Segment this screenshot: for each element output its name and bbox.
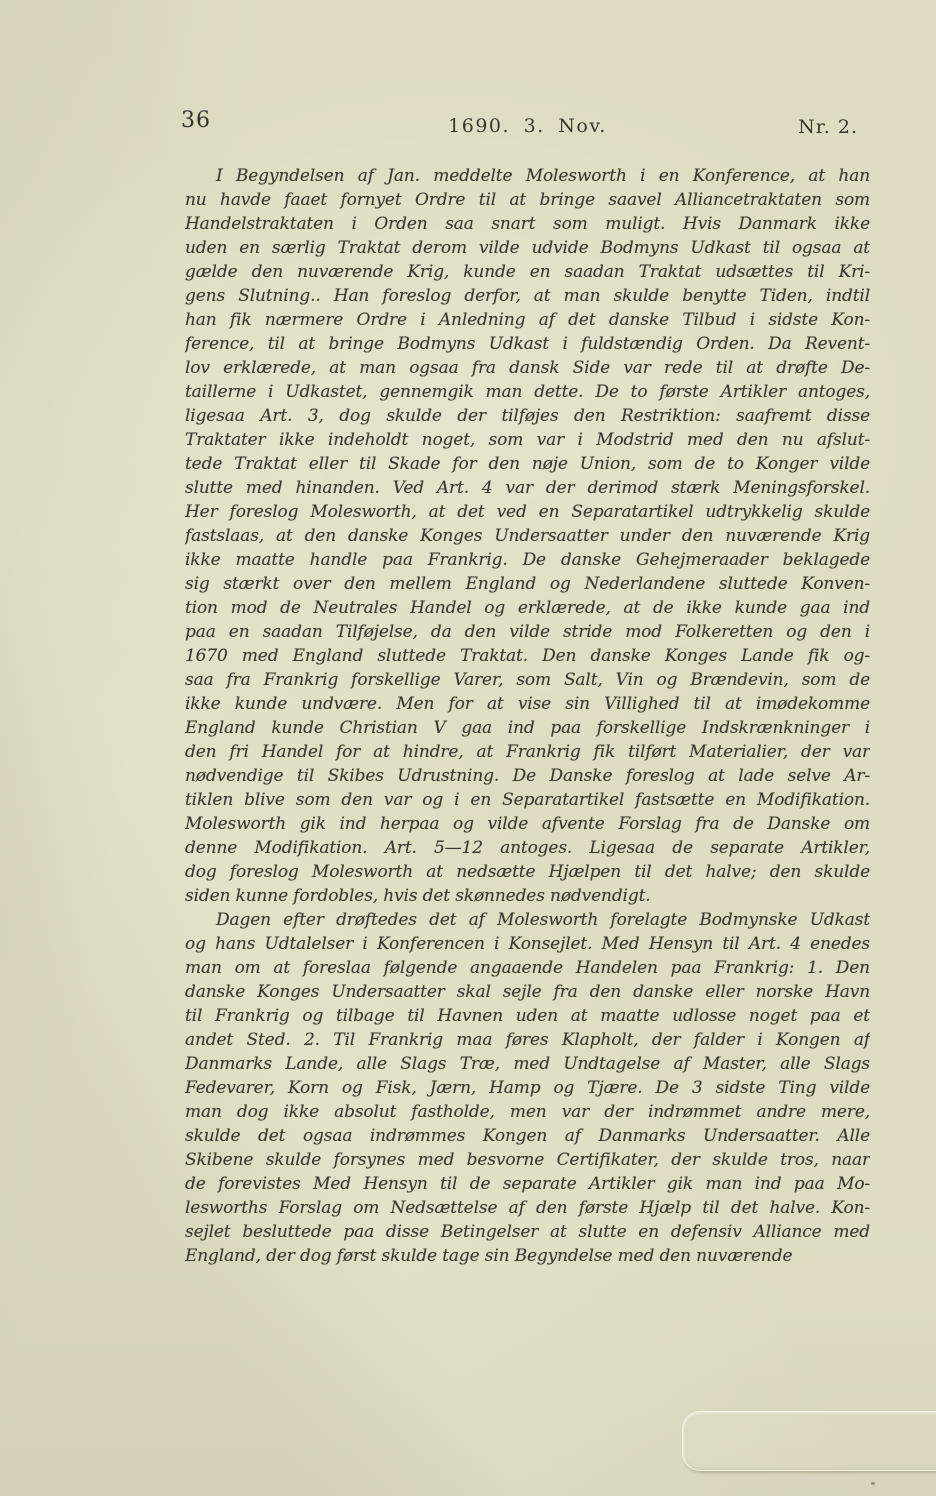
text-line: slutte med hinanden. Ved Art. 4 var der …: [185, 476, 870, 500]
text-line: sig stærkt over den mellem England og Ne…: [185, 572, 870, 596]
embossed-stamp: [682, 1411, 936, 1471]
text-line: ligesaa Art. 3, dog skulde der tilføjes …: [185, 404, 870, 428]
text-line: sejlet besluttede paa disse Betingelser …: [185, 1220, 870, 1244]
header-number: Nr. 2.: [798, 115, 858, 139]
book-page: 36 1690. 3. Nov. Nr. 2. I Begyndelsen af…: [0, 0, 936, 1496]
paragraph: Dagen efter drøftedes det af Molesworth …: [185, 908, 870, 1268]
text-line: ikke kunde undvære. Men for at vise sin …: [185, 692, 870, 716]
text-line: Dagen efter drøftedes det af Molesworth …: [185, 908, 870, 932]
text-line: gælde den nuværende Krig, kunde en saada…: [185, 260, 870, 284]
text-line: lov erklærede, at man ogsaa fra dansk Si…: [185, 356, 870, 380]
text-line: man dog ikke absolut fastholde, men var …: [185, 1100, 870, 1124]
text-line: ikke maatte handle paa Frankrig. De dans…: [185, 548, 870, 572]
text-line: Fedevarer, Korn og Fisk, Jærn, Hamp og T…: [185, 1076, 870, 1100]
paragraph: I Begyndelsen af Jan. meddelte Moleswort…: [185, 164, 870, 908]
text-line: til Frankrig og tilbage til Havnen uden …: [185, 1004, 870, 1028]
page-text: I Begyndelsen af Jan. meddelte Moleswort…: [185, 164, 870, 1268]
text-line: nødvendige til Skibes Udrustning. De Dan…: [185, 764, 870, 788]
text-line: Traktater ikke indeholdt noget, som var …: [185, 428, 870, 452]
header-date: 1690. 3. Nov.: [185, 114, 870, 138]
text-line: England, der dog først skulde tage sin B…: [185, 1244, 870, 1268]
text-line: tion mod de Neutrales Handel og erklæred…: [185, 596, 870, 620]
text-line: andet Sted. 2. Til Frankrig maa føres Kl…: [185, 1028, 870, 1052]
text-line: taillerne i Udkastet, gennemgik man dett…: [185, 380, 870, 404]
text-line: Molesworth gik ind herpaa og vilde afven…: [185, 812, 870, 836]
text-line: danske Konges Undersaatter skal sejle fr…: [185, 980, 870, 1004]
text-line: nu havde faaet fornyet Ordre til at brin…: [185, 188, 870, 212]
text-line: gens Slutning.. Han foreslog derfor, at …: [185, 284, 870, 308]
text-line: England kunde Christian V gaa ind paa fo…: [185, 716, 870, 740]
text-line: den fri Handel for at hindre, at Frankri…: [185, 740, 870, 764]
text-line: de forevistes Med Hensyn til de separate…: [185, 1172, 870, 1196]
text-line: saa fra Frankrig forskellige Varer, som …: [185, 668, 870, 692]
text-line: skulde det ogsaa indrømmes Kongen af Dan…: [185, 1124, 870, 1148]
text-line: Danmarks Lande, alle Slags Træ, med Undt…: [185, 1052, 870, 1076]
text-line: og hans Udtalelser i Konferencen i Konse…: [185, 932, 870, 956]
text-line: paa en saadan Tilføjelse, da den vilde s…: [185, 620, 870, 644]
text-line: tede Traktat eller til Skade for den nøj…: [185, 452, 870, 476]
text-line: tiklen blive som den var og i en Separat…: [185, 788, 870, 812]
text-line: Handelstraktaten i Orden saa snart som m…: [185, 212, 870, 236]
text-line: 1670 med England sluttede Traktat. Den d…: [185, 644, 870, 668]
text-line: lesworths Forslag om Nedsættelse af den …: [185, 1196, 870, 1220]
text-line: uden en særlig Traktat derom vilde udvid…: [185, 236, 870, 260]
text-line: I Begyndelsen af Jan. meddelte Moleswort…: [185, 164, 870, 188]
text-line: fastslaas, at den danske Konges Undersaa…: [185, 524, 870, 548]
text-line: ference, til at bringe Bodmyns Udkast i …: [185, 332, 870, 356]
text-line: denne Modifikation. Art. 5—12 antoges. L…: [185, 836, 870, 860]
text-line: han fik nærmere Ordre i Anledning af det…: [185, 308, 870, 332]
text-line: Her foreslog Molesworth, at det ved en S…: [185, 500, 870, 524]
paper-speck: [871, 1482, 875, 1485]
text-line: siden kunne fordobles, hvis det skønnede…: [185, 884, 870, 908]
text-line: Skibene skulde forsynes med besvorne Cer…: [185, 1148, 870, 1172]
text-line: dog foreslog Molesworth at nedsætte Hjæl…: [185, 860, 870, 884]
text-line: man om at foreslaa følgende angaaende Ha…: [185, 956, 870, 980]
